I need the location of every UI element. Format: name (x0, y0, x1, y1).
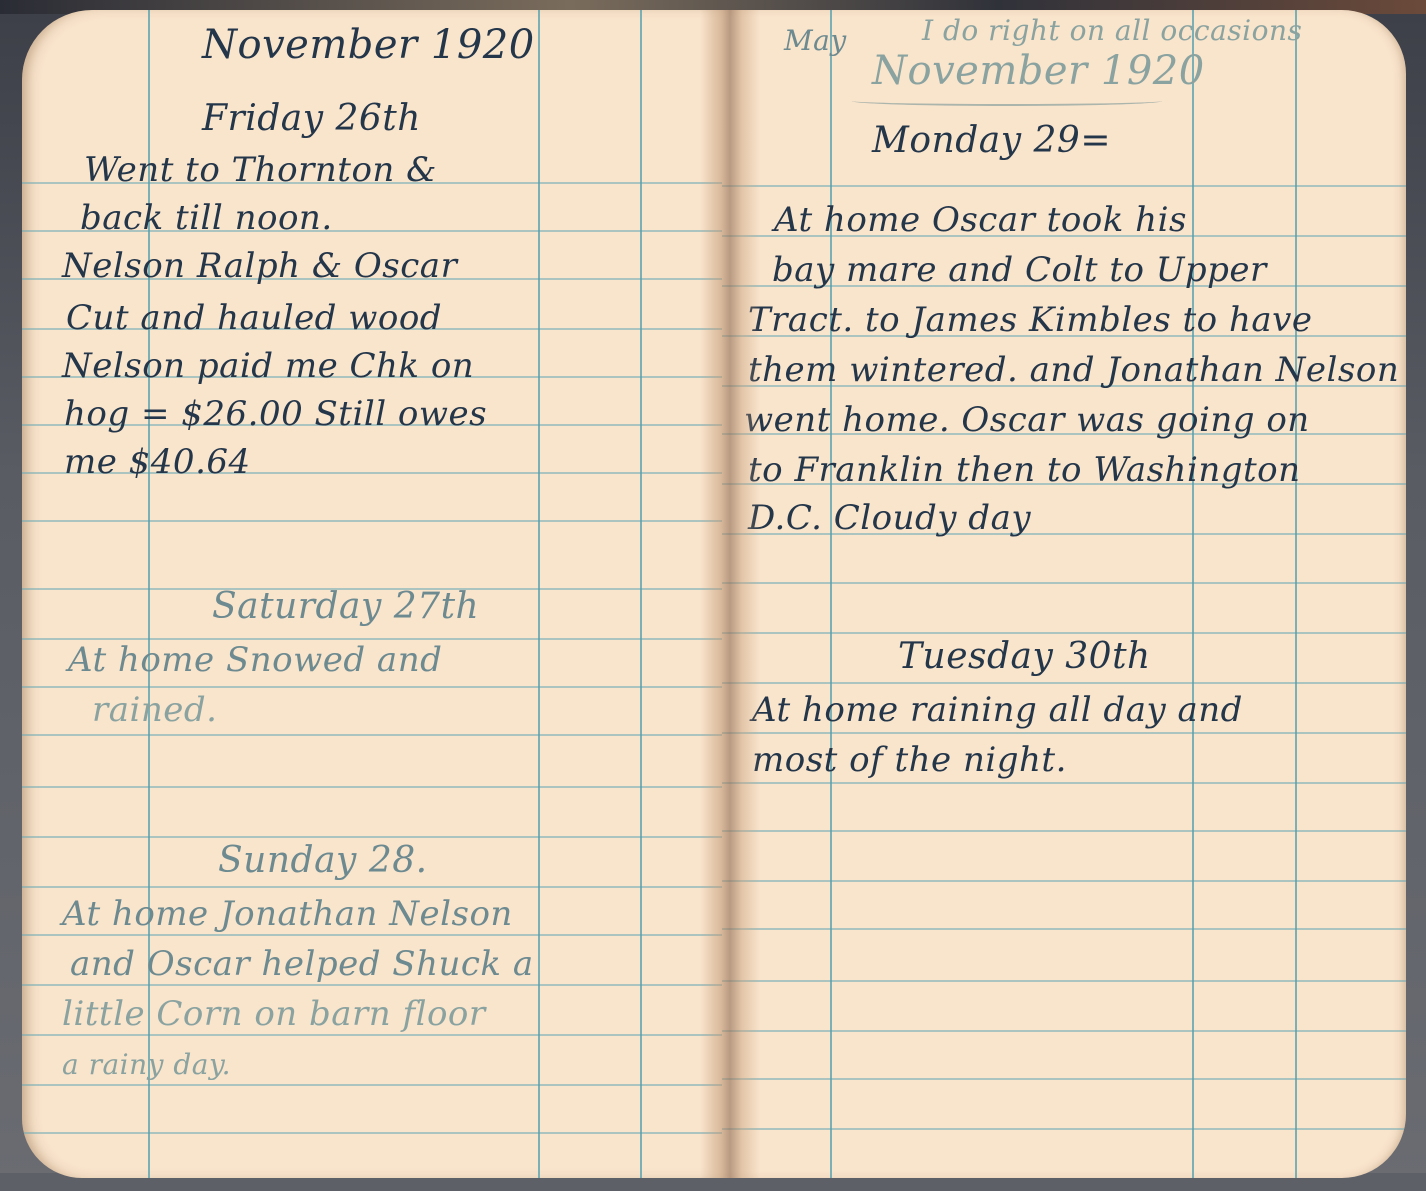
ruled-line (722, 732, 1406, 734)
ruled-line (722, 632, 1406, 634)
ruled-line (22, 934, 722, 936)
ruled-line (722, 682, 1406, 684)
entry-line: At home Snowed and (68, 640, 442, 680)
page-header-date: November 1920 (202, 22, 535, 68)
entry-line: them wintered. and Jonathan Nelson (748, 350, 1399, 390)
entry-line: to Franklin then to Washington (748, 450, 1301, 490)
entry-day-heading: Friday 26th (202, 98, 421, 139)
entry-line: went home. Oscar was going on (744, 400, 1310, 440)
entry-line: D.C. Cloudy day (748, 498, 1031, 538)
ruled-line (722, 1128, 1406, 1130)
entry-day-heading: Sunday 28. (218, 840, 428, 881)
entry-line: At home raining all day and (752, 690, 1243, 730)
ruled-line (722, 1078, 1406, 1080)
entry-line: me $40.64 (64, 442, 251, 482)
ruled-line (722, 582, 1406, 584)
ruled-line (22, 786, 722, 788)
entry-line: Nelson paid me Chk on (62, 346, 474, 386)
ruled-line (722, 830, 1406, 832)
ruled-line (22, 686, 722, 688)
ruled-line (722, 782, 1406, 784)
ruled-line (722, 928, 1406, 930)
margin-note-word: May (784, 24, 847, 57)
entry-line: most of the night. (752, 740, 1067, 780)
entry-line: and Oscar helped Shuck a (70, 944, 534, 984)
margin-note-motto: I do right on all occasions (922, 14, 1302, 47)
column-rule (1295, 10, 1297, 1178)
ruled-line (722, 1030, 1406, 1032)
ruled-line (722, 980, 1406, 982)
entry-line: Went to Thornton & (84, 150, 437, 190)
ruled-line (722, 185, 1406, 187)
ruled-line (22, 886, 722, 888)
entry-line: little Corn on barn floor (62, 994, 486, 1034)
ruled-line (22, 1034, 722, 1036)
ruled-line (22, 1084, 722, 1086)
column-rule (640, 10, 642, 1178)
entry-line: At home Oscar took his (774, 200, 1187, 240)
entry-line: rained. (92, 690, 218, 730)
ruled-line (22, 520, 722, 522)
right-page: May I do right on all occasions November… (722, 10, 1406, 1178)
entry-line: a rainy day. (62, 1048, 231, 1081)
ruled-line (22, 734, 722, 736)
page-header-date: November 1920 (872, 48, 1205, 94)
ruled-line (22, 984, 722, 986)
entry-day-heading: Saturday 27th (212, 586, 479, 627)
entry-line: back till noon. (80, 198, 333, 238)
entry-line: bay mare and Colt to Upper (772, 250, 1267, 290)
ruled-line (22, 1132, 722, 1134)
entry-day-heading: Tuesday 30th (898, 636, 1151, 677)
column-rule (1192, 10, 1194, 1178)
entry-line: hog = $26.00 Still owes (64, 394, 487, 434)
ruled-line (22, 836, 722, 838)
column-rule (830, 10, 832, 1178)
entry-line: Cut and hauled wood (66, 298, 442, 338)
header-underline (852, 96, 1162, 106)
entry-day-heading: Monday 29= (872, 120, 1111, 161)
entry-line: At home Jonathan Nelson (62, 894, 513, 934)
ruled-line (722, 880, 1406, 882)
column-rule (538, 10, 540, 1178)
left-page: November 1920 Friday 26th Went to Thornt… (22, 10, 722, 1178)
entry-line: Nelson Ralph & Oscar (62, 246, 457, 286)
entry-line: Tract. to James Kimbles to have (748, 300, 1312, 340)
